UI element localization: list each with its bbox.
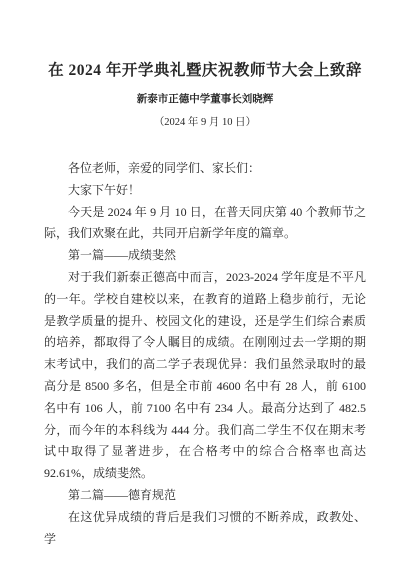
section-heading-part-one: 第一篇——成绩斐然 xyxy=(44,245,366,267)
section-heading-part-two: 第二篇——德育规范 xyxy=(44,485,366,507)
achievements-paragraph: 对于我们新泰正德高中而言，2023-2024 学年度是不平凡的一年。学校自建校以… xyxy=(44,267,366,485)
document-author-line: 新泰市正德中学董事长刘晓辉 xyxy=(44,92,366,107)
greeting-paragraph: 大家下午好！ xyxy=(44,180,366,202)
document-page: 在 2024 年开学典礼暨庆祝教师节大会上致辞 新泰市正德中学董事长刘晓辉 （2… xyxy=(0,0,410,580)
moral-education-paragraph: 在这优异成绩的背后是我们习惯的不断养成，政教处、学 xyxy=(44,507,366,551)
opening-paragraph: 今天是 2024 年 9 月 10 日，在普天同庆第 40 个教师节之际，我们欢… xyxy=(44,202,366,246)
salutation-paragraph: 各位老师，亲爱的同学们、家长们： xyxy=(44,158,366,180)
document-date: （2024 年 9 月 10 日） xyxy=(44,115,366,130)
document-body: 各位老师，亲爱的同学们、家长们： 大家下午好！ 今天是 2024 年 9 月 1… xyxy=(44,158,366,550)
document-title: 在 2024 年开学典礼暨庆祝教师节大会上致辞 xyxy=(44,60,366,82)
